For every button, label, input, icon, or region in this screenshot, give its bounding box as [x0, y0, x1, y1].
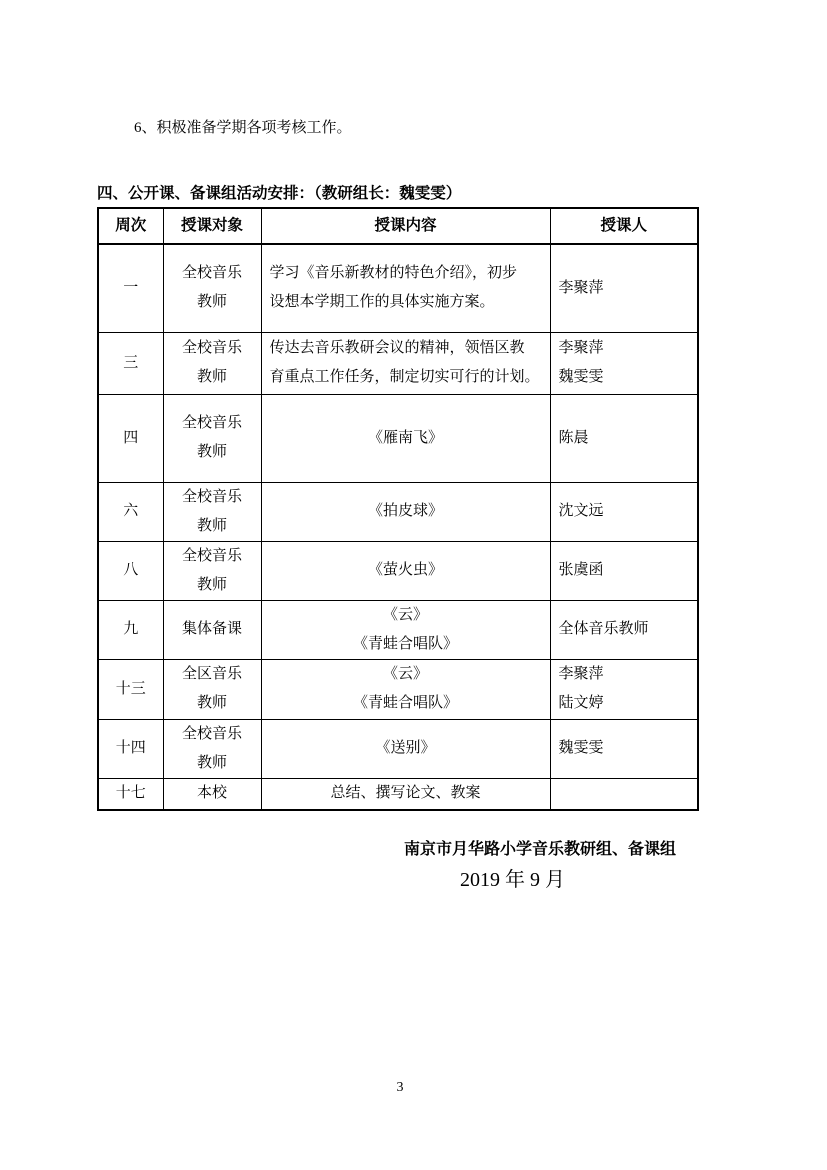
- table-row: 一 全校音乐 教师 学习《音乐新教材的特色介绍》，初步 设想本学期工作的具体实施…: [98, 244, 698, 332]
- table-row: 十三 全区音乐 教师 《云》 《青蛙合唱队》 李聚萍 陆文婷: [98, 659, 698, 719]
- paragraph-item-6: 6、积极准备学期各项考核工作。: [134, 119, 352, 137]
- teacher-cell: 李聚萍 陆文婷: [550, 659, 698, 719]
- content-cell: 《拍皮球》: [261, 482, 550, 541]
- footer-date: 2019 年 9 月: [460, 863, 565, 892]
- col-header-content: 授课内容: [261, 208, 550, 244]
- week-cell: 十四: [98, 719, 163, 778]
- content-cell: 《萤火虫》: [261, 541, 550, 600]
- content-cell: 《送别》: [261, 719, 550, 778]
- page-number: 3: [0, 1080, 800, 1096]
- week-cell: 八: [98, 541, 163, 600]
- col-header-audience: 授课对象: [163, 208, 261, 244]
- week-cell: 六: [98, 482, 163, 541]
- schedule-table: 周次 授课对象 授课内容 授课人 一 全校音乐 教师 学习《音乐新教材的特色介绍…: [97, 207, 699, 811]
- teacher-cell: [550, 778, 698, 810]
- week-cell: 一: [98, 244, 163, 332]
- table-row: 十四 全校音乐 教师 《送别》 魏雯雯: [98, 719, 698, 778]
- teacher-cell: 全体音乐教师: [550, 600, 698, 659]
- content-cell: 传达去音乐教研会议的精神，领悟区教 育重点工作任务，制定切实可行的计划。: [261, 332, 550, 394]
- teacher-cell: 张虞函: [550, 541, 698, 600]
- col-header-teacher: 授课人: [550, 208, 698, 244]
- audience-cell: 全校音乐 教师: [163, 332, 261, 394]
- audience-cell: 全校音乐 教师: [163, 482, 261, 541]
- table-row: 八 全校音乐 教师 《萤火虫》 张虞函: [98, 541, 698, 600]
- content-cell: 《云》 《青蛙合唱队》: [261, 659, 550, 719]
- table-row: 三 全校音乐 教师 传达去音乐教研会议的精神，领悟区教 育重点工作任务，制定切实…: [98, 332, 698, 394]
- audience-cell: 全校音乐 教师: [163, 394, 261, 482]
- audience-cell: 全校音乐 教师: [163, 541, 261, 600]
- table-row: 十七 本校 总结、撰写论文、教案: [98, 778, 698, 810]
- teacher-cell: 沈文远: [550, 482, 698, 541]
- table-row: 九 集体备课 《云》 《青蛙合唱队》 全体音乐教师: [98, 600, 698, 659]
- content-cell: 《雁南飞》: [261, 394, 550, 482]
- week-cell: 九: [98, 600, 163, 659]
- content-cell: 学习《音乐新教材的特色介绍》，初步 设想本学期工作的具体实施方案。: [261, 244, 550, 332]
- teacher-cell: 陈晨: [550, 394, 698, 482]
- footer-organization: 南京市月华路小学音乐教研组、备课组: [404, 836, 676, 859]
- teacher-cell: 李聚萍: [550, 244, 698, 332]
- audience-cell: 集体备课: [163, 600, 261, 659]
- table-row: 六 全校音乐 教师 《拍皮球》 沈文远: [98, 482, 698, 541]
- week-cell: 四: [98, 394, 163, 482]
- audience-cell: 全区音乐 教师: [163, 659, 261, 719]
- audience-cell: 全校音乐 教师: [163, 719, 261, 778]
- document-page: 6、积极准备学期各项考核工作。 四、公开课、备课组活动安排：（教研组长：魏雯雯）…: [0, 0, 827, 1170]
- section-heading: 四、公开课、备课组活动安排：（教研组长：魏雯雯）: [97, 181, 461, 203]
- content-cell: 《云》 《青蛙合唱队》: [261, 600, 550, 659]
- week-cell: 十三: [98, 659, 163, 719]
- table-header-row: 周次 授课对象 授课内容 授课人: [98, 208, 698, 244]
- teacher-cell: 李聚萍 魏雯雯: [550, 332, 698, 394]
- col-header-week: 周次: [98, 208, 163, 244]
- teacher-cell: 魏雯雯: [550, 719, 698, 778]
- audience-cell: 本校: [163, 778, 261, 810]
- audience-cell: 全校音乐 教师: [163, 244, 261, 332]
- week-cell: 十七: [98, 778, 163, 810]
- week-cell: 三: [98, 332, 163, 394]
- content-cell: 总结、撰写论文、教案: [261, 778, 550, 810]
- table-row: 四 全校音乐 教师 《雁南飞》 陈晨: [98, 394, 698, 482]
